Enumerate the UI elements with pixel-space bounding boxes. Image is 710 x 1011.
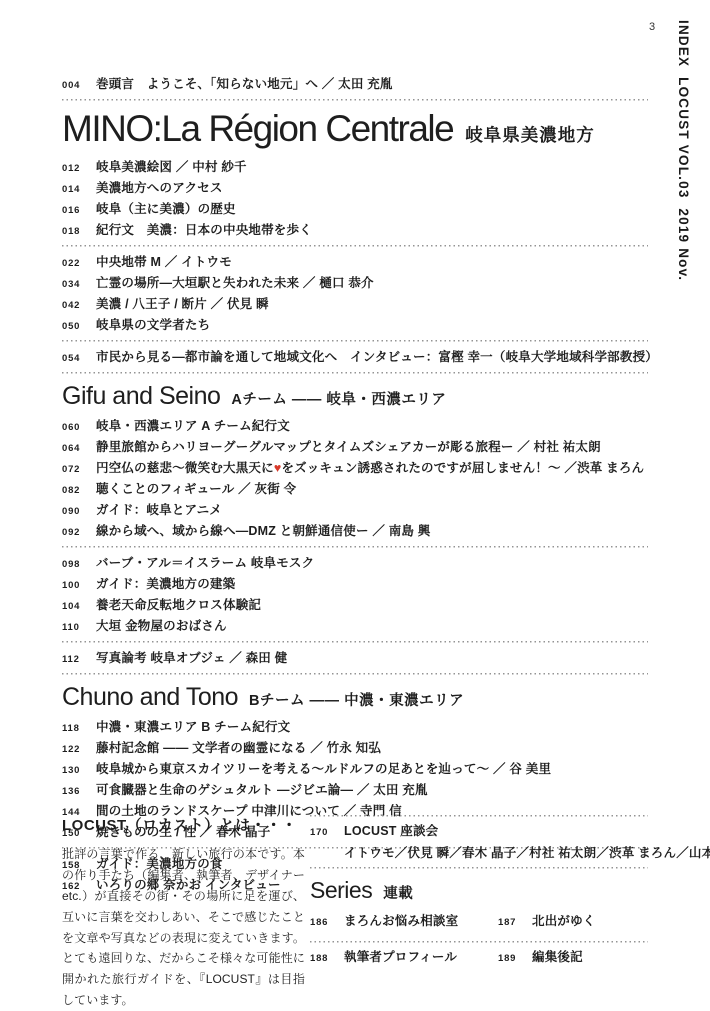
entry-title: 美濃 / 八王子 / 断片 ／ 伏見 瞬 <box>96 298 269 311</box>
toc-entry-104: 104 養老天命反転地クロス体験記 <box>62 599 648 613</box>
page-ref: 014 <box>62 183 96 196</box>
page-ref: 016 <box>62 204 96 217</box>
toc-entry-130: 130 岐阜城から東京スカイツリーを考える〜ルドルフの足あとを辿って〜 ／ 谷 … <box>62 763 648 777</box>
page-ref: 186 <box>310 916 344 929</box>
page-ref: 122 <box>62 743 96 756</box>
section-title-latin: Gifu and Seino <box>62 383 220 409</box>
entry-title: ガイド：美濃地方の建築 <box>96 578 235 591</box>
entry-title: 岐阜・西濃エリア A チーム紀行文 <box>96 420 290 433</box>
entry-title: 聴くことのフィギュール ／ 灰街 令 <box>96 483 296 496</box>
page-ref: 034 <box>62 278 96 291</box>
page-ref: 187 <box>498 916 532 929</box>
toc-entry-082: 082 聴くことのフィギュール ／ 灰街 令 <box>62 483 648 497</box>
entry-title: 美濃地方へのアクセス <box>96 182 223 195</box>
page-ref: 012 <box>62 162 96 175</box>
dotted-divider <box>310 815 648 817</box>
section-heading-chuno-tono: Chuno and Tono Bチーム ―― 中濃・東濃エリア <box>62 684 648 710</box>
page-ref: 050 <box>62 320 96 333</box>
toc-entry-054: 054 市民から見る―都市論を通して地域文化へ インタビュー：富樫 幸一（岐阜大… <box>62 351 648 365</box>
entry-title: まろんお悩み相談室 <box>344 915 458 928</box>
toc-entry-136: 136 可食臓器と生命のゲシュタルト ―ジビエ論― ／ 太田 充胤 <box>62 784 648 798</box>
page-ref: 092 <box>62 526 96 539</box>
entry-title: 静里旅館からハリヨーグーグルマップとタイムズシェアカーが彫る旅程ー ／ 村社 祐… <box>96 441 601 454</box>
dotted-divider <box>62 372 648 374</box>
entry-title: 岐阜美濃絵図 ／ 中村 紗千 <box>96 161 247 174</box>
series-row-2: 188 執筆者プロフィール 189 編集後記 <box>310 951 648 972</box>
dotted-divider <box>310 941 648 943</box>
page-ref: 064 <box>62 442 96 455</box>
entry-title: LOCUST 座談会 <box>344 825 438 838</box>
about-body: 批評の言葉で作る、新しい旅行の本です。本の作り手たち（編集者、執筆者、デザイナー… <box>62 844 305 1011</box>
page-ref: 042 <box>62 299 96 312</box>
toc-entry-090: 090 ガイド：岐阜とアニメ <box>62 504 648 518</box>
entry-title: 市民から見る―都市論を通して地域文化へ インタビュー：富樫 幸一（岐阜大学地域科… <box>96 351 658 364</box>
section-title-latin: Chuno and Tono <box>62 684 238 710</box>
toc-entry-014: 014 美濃地方へのアクセス <box>62 182 648 196</box>
dotted-divider <box>62 245 648 247</box>
page-ref: 104 <box>62 600 96 613</box>
page-ref: 130 <box>62 764 96 777</box>
entry-title: 可食臓器と生命のゲシュタルト ―ジビエ論― ／ 太田 充胤 <box>96 784 428 797</box>
toc-entry-072: 072 円空仏の慈悲〜微笑む大黒天に♥をズッキュン誘惑されたのですが屈しません！… <box>62 462 648 476</box>
entry-title: 養老天命反転地クロス体験記 <box>96 599 261 612</box>
entry-title: 亡霊の場所―大垣駅と失われた未来 ／ 樋口 恭介 <box>96 277 374 290</box>
entry-title: 中央地帯 M ／ イトウモ <box>96 256 232 269</box>
section-title-latin: Series <box>310 878 372 902</box>
entry-title: 岐阜城から東京スカイツリーを考える〜ルドルフの足あとを辿って〜 ／ 谷 美里 <box>96 763 551 776</box>
toc-entry-112: 112 写真論考 岐阜オブジェ ／ 森田 健 <box>62 652 648 666</box>
entry-title: 岐阜県の文学者たち <box>96 319 210 332</box>
dotted-divider <box>62 673 648 675</box>
dotted-divider <box>62 340 648 342</box>
section-title-latin: MINO:La Région Centrale <box>62 110 453 149</box>
page-ref: 100 <box>62 579 96 592</box>
toc-entry-098: 098 バーブ・アル＝イスラーム 岐阜モスク <box>62 557 648 571</box>
about-title: LOCUST（ロカスト）とは・・・ <box>62 814 305 835</box>
entry-title: 巻頭言 ようこそ、「知らない地元」へ ／ 太田 充胤 <box>96 78 393 91</box>
roundtable-members: イトウモ／伏見 瞬／春木 晶子／村社 祐太朗／渋革 まろん／山本 蛸 <box>344 846 648 861</box>
page-ref: 054 <box>62 352 96 365</box>
entry-title-post: をズッキュン誘惑されたのですが屈しません！〜 ／渋革 まろん <box>281 461 644 475</box>
toc-entry-189: 189 編集後記 <box>498 951 583 965</box>
page-ref: 189 <box>498 952 532 965</box>
dotted-divider <box>62 546 648 548</box>
toc-entry-118: 118 中濃・東濃エリア B チーム紀行文 <box>62 721 648 735</box>
dotted-divider <box>62 641 648 643</box>
section-heading-series: Series 連載 <box>310 878 648 903</box>
page-ref: 004 <box>62 79 96 92</box>
entry-title: 編集後記 <box>532 951 583 964</box>
series-row-1: 186 まろんお悩み相談室 187 北出がゆく <box>310 915 648 936</box>
page-ref: 060 <box>62 421 96 434</box>
page-ref: 072 <box>62 463 96 476</box>
magazine-spine-title: INDEX LOCUST VOL.03 2019 Nov. <box>676 20 691 281</box>
entry-title-pre: 円空仏の慈悲〜微笑む大黒天に <box>96 461 274 475</box>
entry-title: 岐阜（主に美濃）の歴史 <box>96 203 236 216</box>
page-ref: 090 <box>62 505 96 518</box>
about-locust-box: LOCUST（ロカスト）とは・・・ 批評の言葉で作る、新しい旅行の本です。本の作… <box>62 814 305 1011</box>
toc-entry-042: 042 美濃 / 八王子 / 断片 ／ 伏見 瞬 <box>62 298 648 312</box>
toc-entry-016: 016 岐阜（主に美濃）の歴史 <box>62 203 648 217</box>
toc-entry-004: 004 巻頭言 ようこそ、「知らない地元」へ ／ 太田 充胤 <box>62 78 648 92</box>
toc-entry-186: 186 まろんお悩み相談室 <box>310 915 498 929</box>
entry-title: バーブ・アル＝イスラーム 岐阜モスク <box>96 557 314 570</box>
table-of-contents: 004 巻頭言 ようこそ、「知らない地元」へ ／ 太田 充胤 MINO:La R… <box>62 78 648 900</box>
page-ref: 022 <box>62 257 96 270</box>
dotted-divider <box>310 867 648 869</box>
toc-entry-110: 110 大垣 金物屋のおばさん <box>62 620 648 634</box>
page-ref: 188 <box>310 952 344 965</box>
entry-title: 写真論考 岐阜オブジェ ／ 森田 健 <box>96 652 287 665</box>
toc-entry-060: 060 岐阜・西濃エリア A チーム紀行文 <box>62 420 648 434</box>
page-ref: 118 <box>62 722 96 735</box>
dotted-divider <box>62 99 648 101</box>
entry-title: 執筆者プロフィール <box>344 951 457 964</box>
entry-title: 大垣 金物屋のおばさん <box>96 620 227 633</box>
entry-title: 中濃・東濃エリア B チーム紀行文 <box>96 721 290 734</box>
toc-entry-092: 092 線から域へ、域から線へ―DMZ と朝鮮通信使ー ／ 南島 興 <box>62 525 648 539</box>
entry-title: 円空仏の慈悲〜微笑む大黒天に♥をズッキュン誘惑されたのですが屈しません！〜 ／渋… <box>96 462 644 475</box>
toc-entry-122: 122 藤村記念館 ―― 文学者の幽霊になる ／ 竹永 知弘 <box>62 742 648 756</box>
entry-title: 藤村記念館 ―― 文学者の幽霊になる ／ 竹永 知弘 <box>96 742 381 755</box>
toc-entry-012: 012 岐阜美濃絵図 ／ 中村 紗千 <box>62 161 648 175</box>
section-heading-gifu-seino: Gifu and Seino Aチーム ―― 岐阜・西濃エリア <box>62 383 648 409</box>
section-title-jp: Bチーム ―― 中濃・東濃エリア <box>249 689 464 710</box>
page-number: 3 <box>649 21 655 33</box>
toc-entry-188: 188 執筆者プロフィール <box>310 951 498 965</box>
entry-title: 線から域へ、域から線へ―DMZ と朝鮮通信使ー ／ 南島 興 <box>96 525 430 538</box>
page-ref: 082 <box>62 484 96 497</box>
page-ref: 170 <box>310 826 344 839</box>
entry-title: ガイド：岐阜とアニメ <box>96 504 222 517</box>
toc-entry-100: 100 ガイド：美濃地方の建築 <box>62 578 648 592</box>
toc-entry-064: 064 静里旅館からハリヨーグーグルマップとタイムズシェアカーが彫る旅程ー ／ … <box>62 441 648 455</box>
toc-entry-022: 022 中央地帯 M ／ イトウモ <box>62 256 648 270</box>
page-ref: 018 <box>62 225 96 238</box>
toc-entry-018: 018 紀行文 美濃：日本の中央地帯を歩く <box>62 224 648 238</box>
page-ref: 136 <box>62 785 96 798</box>
section-title-jp: 岐阜県美濃地方 <box>465 122 595 147</box>
entry-title: 北出がゆく <box>532 915 596 928</box>
entry-title: 紀行文 美濃：日本の中央地帯を歩く <box>96 224 312 237</box>
page-ref: 098 <box>62 558 96 571</box>
toc-entry-050: 050 岐阜県の文学者たち <box>62 319 648 333</box>
extras-column: 170 LOCUST 座談会 イトウモ／伏見 瞬／春木 晶子／村社 祐太朗／渋革… <box>310 810 648 972</box>
toc-entry-034: 034 亡霊の場所―大垣駅と失われた未来 ／ 樋口 恭介 <box>62 277 648 291</box>
section-heading-mino: MINO:La Région Centrale 岐阜県美濃地方 <box>62 110 648 149</box>
toc-entry-170: 170 LOCUST 座談会 <box>310 825 648 839</box>
section-title-jp: 連載 <box>383 882 413 903</box>
section-title-jp: Aチーム ―― 岐阜・西濃エリア <box>231 388 446 409</box>
page-ref: 110 <box>62 621 96 634</box>
toc-entry-187: 187 北出がゆく <box>498 915 596 929</box>
page-ref: 112 <box>62 653 96 666</box>
